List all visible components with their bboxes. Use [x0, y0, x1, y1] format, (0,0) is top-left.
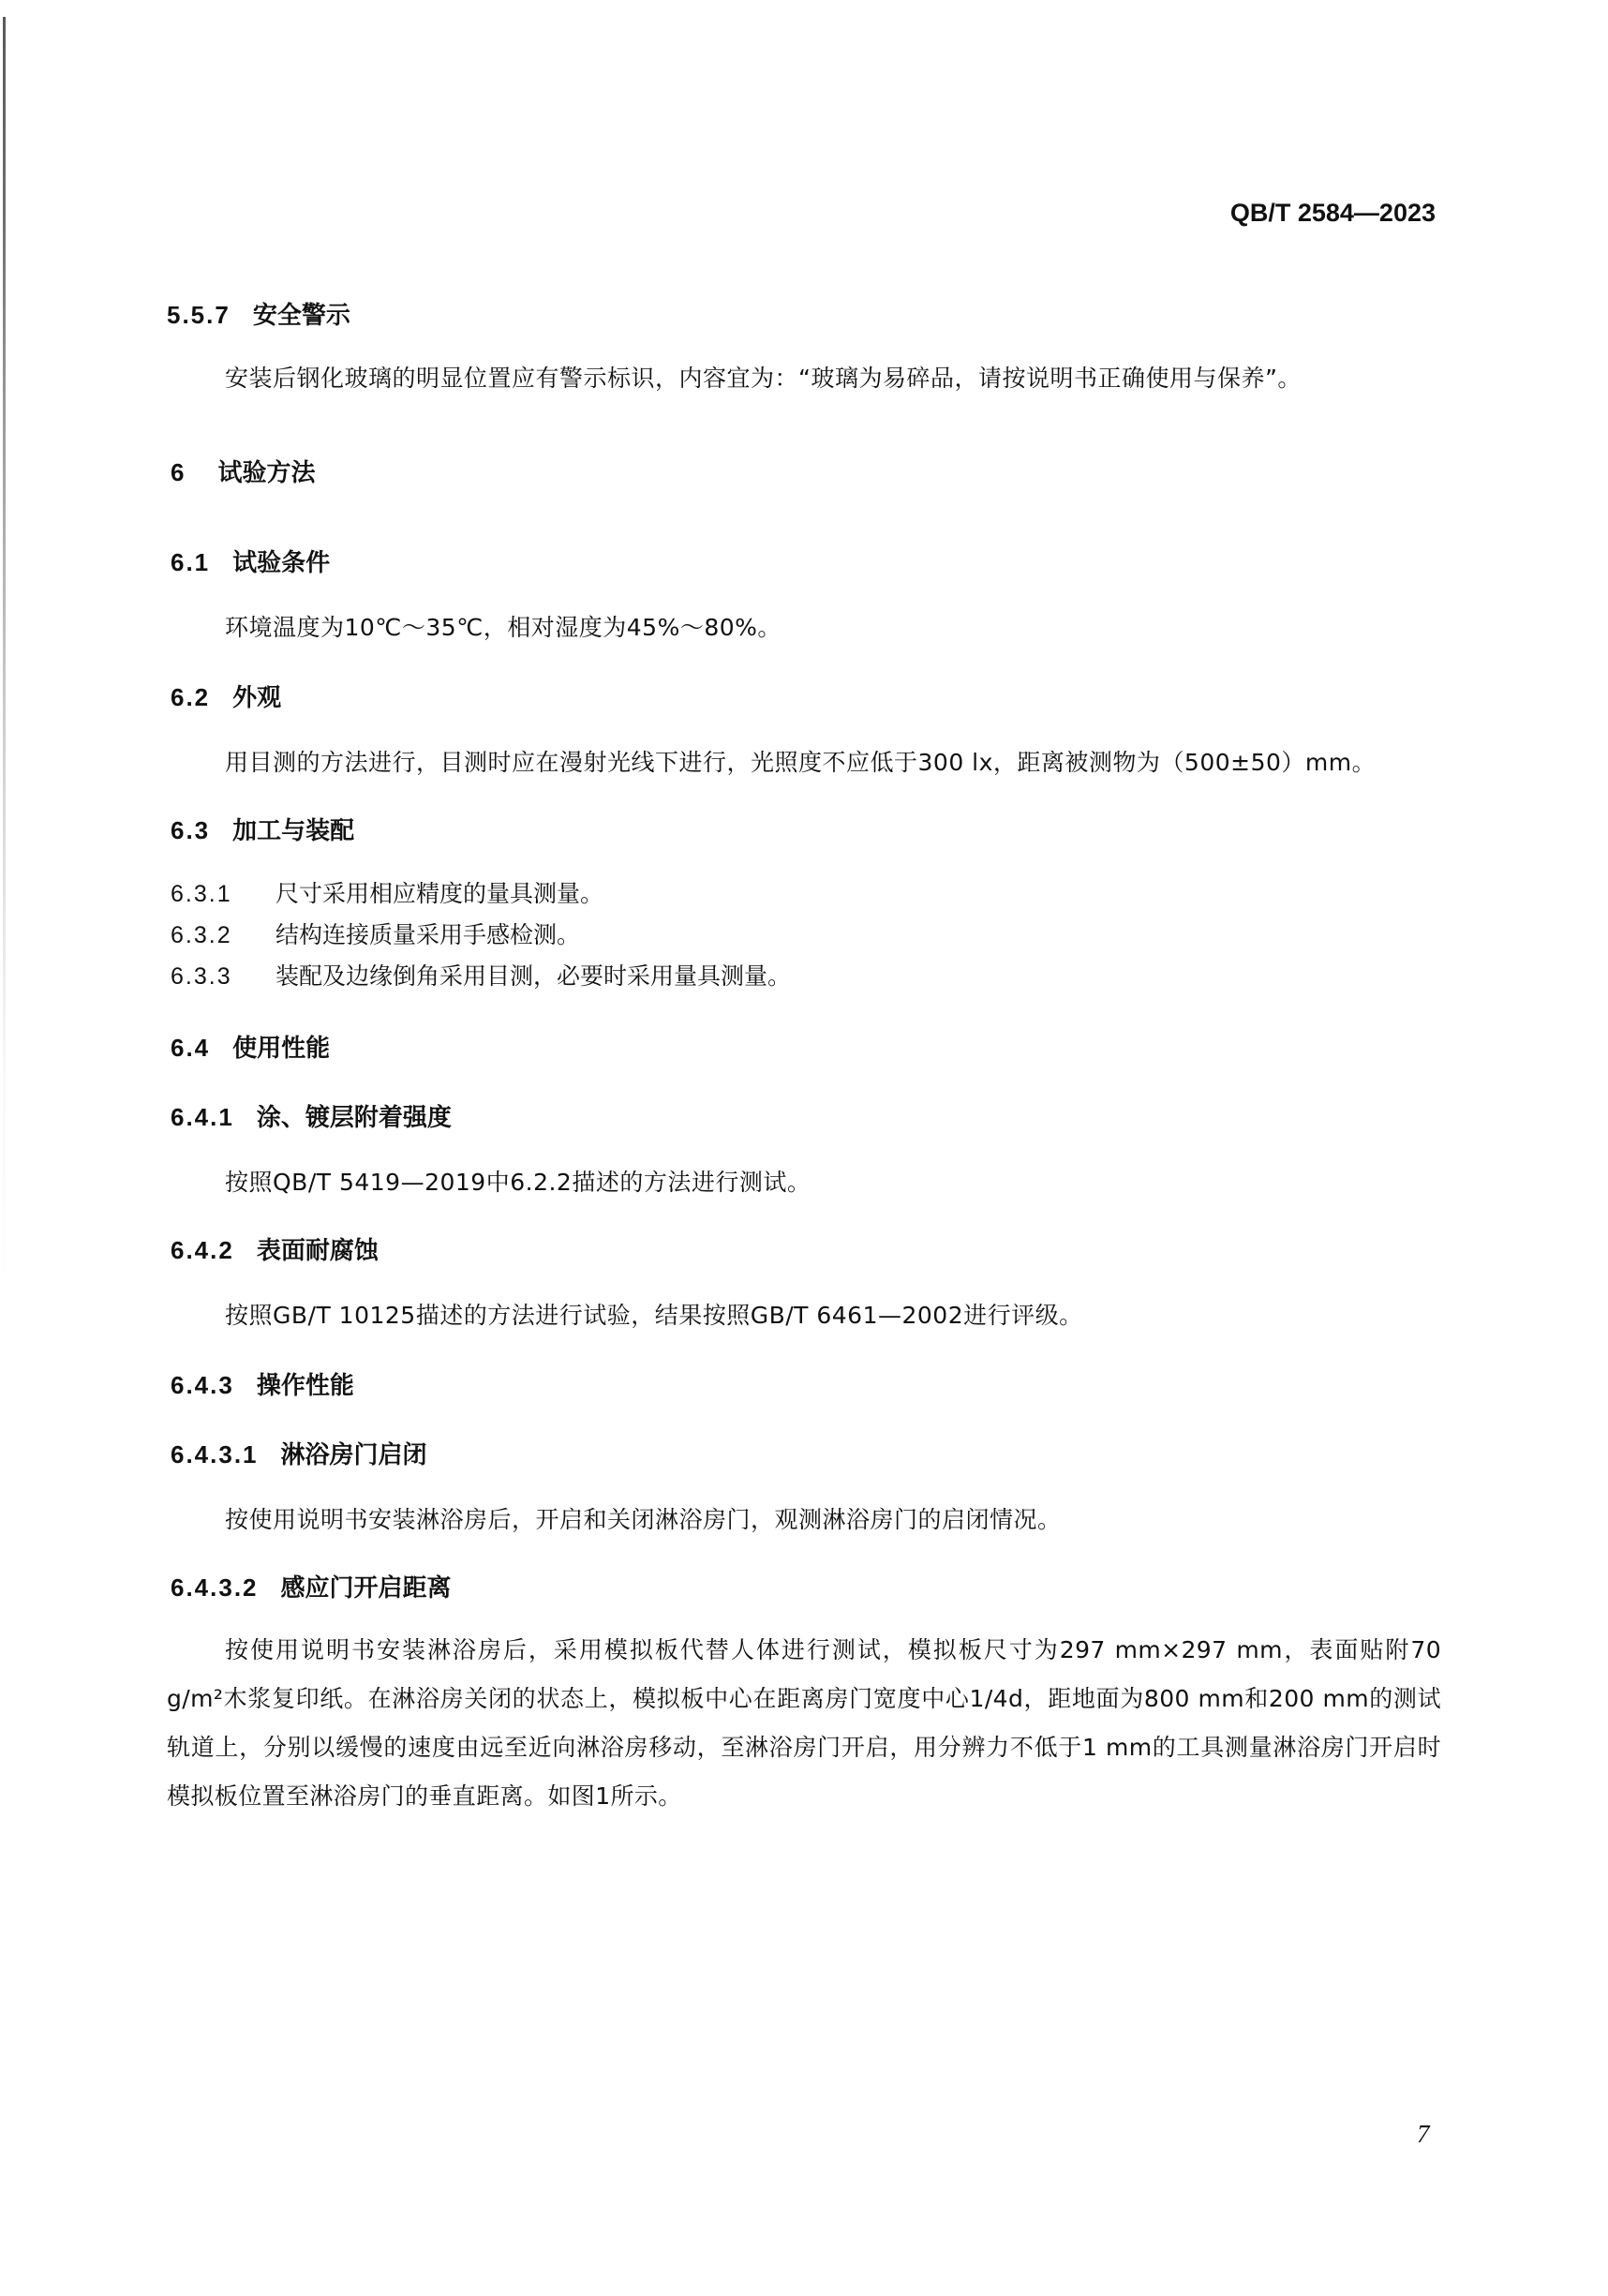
section-number: 6: [171, 455, 186, 489]
paragraph-corrosion-resistance: 按照GB/T 10125描述的方法进行试验，结果按照GB/T 6461—2002…: [225, 1299, 1083, 1333]
paragraph-test-conditions: 环境温度为10℃～35℃，相对湿度为45%～80%。: [225, 611, 782, 645]
section-number: 6.4.3.1: [171, 1438, 259, 1471]
paragraph-coating-adhesion: 按照QB/T 5419—2019中6.2.2描述的方法进行测试。: [225, 1166, 811, 1200]
section-title: 表面耐腐蚀: [257, 1234, 379, 1268]
clause-6-3-3: 6.3.3装配及边缘倒角采用目测，必要时采用量具测量。: [171, 960, 791, 993]
section-heading-6-4: 6.4使用性能: [171, 1031, 330, 1066]
section-heading-5-5-7: 5.5.7安全警示: [167, 298, 350, 333]
section-number: 6.4.1: [171, 1100, 234, 1134]
section-title: 试验方法: [217, 456, 315, 490]
section-heading-6-4-1: 6.4.1涂、镀层附着强度: [171, 1100, 452, 1135]
scan-edge-line: [3, 17, 6, 1329]
section-number: 6.1: [171, 545, 210, 579]
section-number: 6.4.2: [171, 1233, 234, 1267]
section-heading-6-1: 6.1试验条件: [171, 545, 330, 580]
section-heading-6-4-3: 6.4.3操作性能: [171, 1368, 354, 1403]
clause-number: 6.3.3: [171, 960, 259, 993]
section-heading-6-3: 6.3加工与装配: [171, 813, 354, 848]
section-title: 外观: [232, 681, 281, 715]
clause-text: 尺寸采用相应精度的量具测量。: [275, 877, 603, 911]
clause-text: 装配及边缘倒角采用目测，必要时采用量具测量。: [275, 960, 791, 993]
section-number: 6.3: [171, 813, 210, 847]
standard-code-header: QB/T 2584—2023: [1230, 199, 1436, 228]
section-number: 6.4: [171, 1031, 210, 1065]
section-title: 试验条件: [232, 546, 330, 580]
section-number: 6.4.3.2: [171, 1571, 259, 1604]
clause-number: 6.3.2: [171, 918, 259, 952]
section-title: 涂、镀层附着强度: [257, 1101, 452, 1135]
paragraph-safety-warning: 安装后钢化玻璃的明显位置应有警示标识，内容宜为：“玻璃为易碎品，请按说明书正确使…: [225, 362, 1302, 395]
paragraph-appearance: 用目测的方法进行，目测时应在漫射光线下进行，光照度不应低于300 lx，距离被测…: [225, 746, 1376, 780]
section-heading-6-4-3-1: 6.4.3.1淋浴房门启闭: [171, 1438, 427, 1472]
clause-number: 6.3.1: [171, 877, 259, 911]
section-number: 6.4.3: [171, 1368, 234, 1402]
page-number: 7: [1417, 2120, 1430, 2149]
section-number: 5.5.7: [167, 298, 231, 332]
section-title: 感应门开启距离: [281, 1572, 452, 1605]
section-number: 6.2: [171, 680, 210, 714]
section-title: 安全警示: [253, 299, 350, 333]
clause-6-3-2: 6.3.2结构连接质量采用手感检测。: [171, 918, 580, 952]
clause-6-3-1: 6.3.1尺寸采用相应精度的量具测量。: [171, 877, 603, 911]
section-heading-6-4-3-2: 6.4.3.2感应门开启距离: [171, 1571, 452, 1605]
section-title: 使用性能: [232, 1032, 330, 1066]
section-title: 操作性能: [257, 1369, 354, 1403]
section-heading-6-4-2: 6.4.2表面耐腐蚀: [171, 1233, 379, 1268]
paragraph-sensor-door-distance: 按使用说明书安装淋浴房后，采用模拟板代替人体进行测试，模拟板尺寸为297 mm×…: [167, 1626, 1441, 1821]
section-heading-6: 6试验方法: [171, 455, 315, 490]
paragraph-door-open-close: 按使用说明书安装淋浴房后，开启和关闭淋浴房门，观测淋浴房门的启闭情况。: [225, 1503, 1062, 1537]
section-title: 淋浴房门启闭: [281, 1439, 427, 1472]
section-heading-6-2: 6.2外观: [171, 680, 281, 715]
section-title: 加工与装配: [232, 814, 354, 848]
clause-text: 结构连接质量采用手感检测。: [275, 918, 580, 952]
